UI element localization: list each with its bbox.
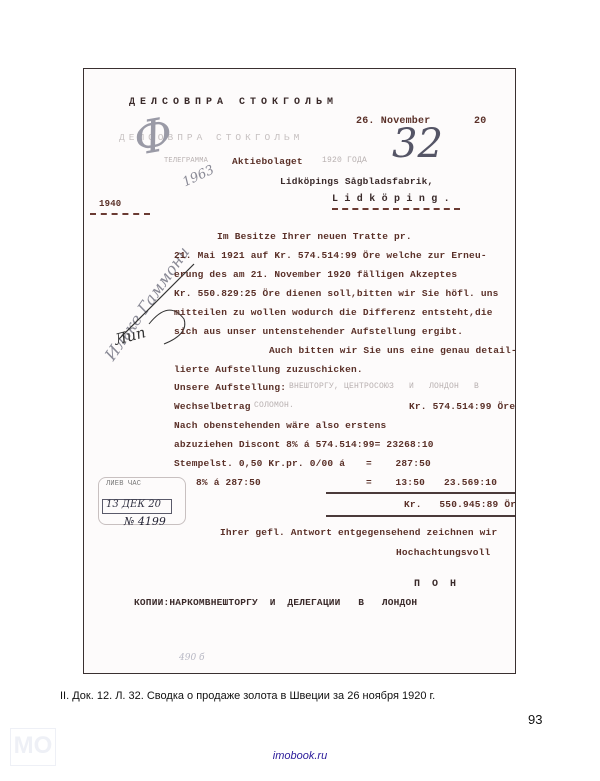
document-year: 20 [474, 116, 486, 127]
percent-value: = 13:50 [366, 477, 425, 488]
body-line-6: sich aus unser untenstehender Aufstellun… [174, 326, 463, 337]
stamp-top-text: ЛИЕВ ЧАС [106, 480, 141, 488]
closing-salutation: Hochachtungsvoll [396, 547, 490, 558]
total-amount: Kr. 550.945:89 Öre [404, 499, 516, 510]
faded-overlay: ВНЕШТОРГУ, ЦЕНТРОСОЮЗ И ЛОНДОН В [289, 382, 479, 391]
recipient-firm: Lidköpings Sågbladsfabrik, [280, 176, 433, 187]
body-line-5: mitteilen zu wollen wodurch die Differen… [174, 307, 493, 318]
bottom-handwritten: 490 б [179, 653, 205, 663]
folio-number-handwritten: 32 [392, 121, 443, 167]
total-rule [326, 515, 516, 517]
city-underline [332, 208, 460, 210]
site-link[interactable]: imobook.ru [0, 750, 600, 762]
archival-document-scan: ДЕЛСОВПРА СТОКГОЛЬМ 26. November 20 ДЕЛС… [83, 68, 516, 674]
copies-line: КОПИИ:НАРКОМВНЕШТОРГУ И ДЕЛЕГАЦИИ В ЛОНД… [134, 597, 417, 608]
subtotal: 23.569:10 [444, 477, 497, 488]
handwritten-year: 1963 [180, 163, 216, 191]
year-faded: 1920 ГОДА [322, 156, 367, 165]
closing-line: Ihrer gefl. Antwort entgegensehend zeich… [220, 527, 497, 538]
bill-amount: Kr. 574.514:99 Öre [409, 401, 515, 412]
stamp-duty-value: = 287:50 [366, 458, 431, 469]
stamp-date: 13 ДЕК 20 [106, 499, 161, 510]
statement-heading: Unsere Aufstellung: [174, 382, 286, 393]
stamp-number: № 4199 [124, 515, 166, 528]
body-line-1: Im Besitze Ihrer neuen Tratte pr. [217, 231, 412, 242]
percent-label: 8% á 287:50 [196, 477, 261, 488]
signature: П О Н [414, 579, 459, 590]
recipient-city: L i d k ö p i n g . [332, 194, 450, 205]
recipient-company: Aktiebolaget [232, 156, 303, 167]
body-line-7: Auch bitten wir Sie uns eine genau detai… [269, 345, 516, 356]
page-number: 93 [528, 712, 542, 727]
stamp-duty-label: Stempelst. 0,50 Kr.pr. 0/00 á [174, 458, 345, 469]
bill-label: Wechselbetrag [174, 401, 251, 412]
body-line-4: Kr. 550.829:25 Öre dienen soll,bitten wi… [174, 288, 499, 299]
body-line-2: 21. Mai 1921 auf Kr. 574.514:99 Öre welc… [174, 250, 487, 261]
discount-line: abzuziehen Discont 8% á 574.514:99= 2326… [174, 439, 434, 450]
handwritten-resolution: Ф [130, 106, 177, 166]
deduct-intro: Nach obenstehenden wäre also erstens [174, 420, 386, 431]
subtotal-rule [326, 492, 516, 494]
body-line-8: lierte Aufstellung zuzuschicken. [174, 364, 363, 375]
reference-number: 1940 [99, 199, 121, 209]
body-line-3: erung des am 21. November 1920 fälligen … [174, 269, 457, 280]
bill-faded: СОЛОМОН. [254, 401, 294, 410]
figure-caption: II. Док. 12. Л. 32. Сводка о продаже зол… [60, 690, 435, 702]
reference-underline [90, 213, 150, 215]
